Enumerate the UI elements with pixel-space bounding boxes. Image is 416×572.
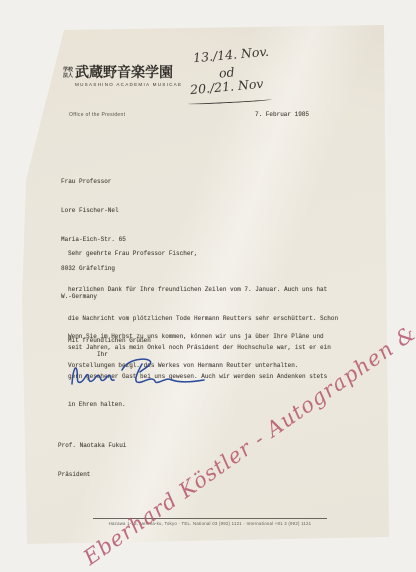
signer-name: Prof. Naotaka Fukui [58, 441, 126, 451]
letter-scan: 学校 法人 武蔵野音楽学園 MUSASHINO ACADEMIA MUSICAE… [0, 0, 416, 572]
address-line: Lore Fischer-Nel [61, 206, 126, 216]
signature-naotaka-fukui [66, 355, 211, 393]
letterhead-names: 武蔵野音楽学園 MUSASHINO ACADEMIA MUSICAE [75, 66, 182, 87]
address-line: Maria-Eich-Str. 65 [61, 235, 126, 245]
signer-title: Präsident [58, 470, 126, 480]
body-line: herzlichen Dank für Ihre freundlichen Ze… [68, 285, 338, 295]
letterhead-name-latin: MUSASHINO ACADEMIA MUSICAE [75, 82, 182, 87]
letterhead-name-japanese: 武蔵野音楽学園 [75, 66, 182, 81]
address-line: Frau Professor [61, 177, 126, 187]
letterhead-corp-type: 学校 法人 [63, 68, 73, 79]
salutation: Sehr geehrte Frau Professor Fischer, [68, 249, 198, 259]
letter-date: 7. Februar 1985 [255, 110, 309, 120]
corp-type-bottom: 法人 [63, 74, 73, 80]
office-of-president-line: Office of the President [69, 112, 125, 118]
signature-stroke [66, 355, 211, 393]
signer-block: Prof. Naotaka Fukui Präsident [58, 422, 126, 499]
letterhead-logo: 学校 法人 武蔵野音楽学園 MUSASHINO ACADEMIA MUSICAE [63, 66, 182, 87]
closing-formula: Mit freundlichen Grüßen [68, 336, 151, 346]
